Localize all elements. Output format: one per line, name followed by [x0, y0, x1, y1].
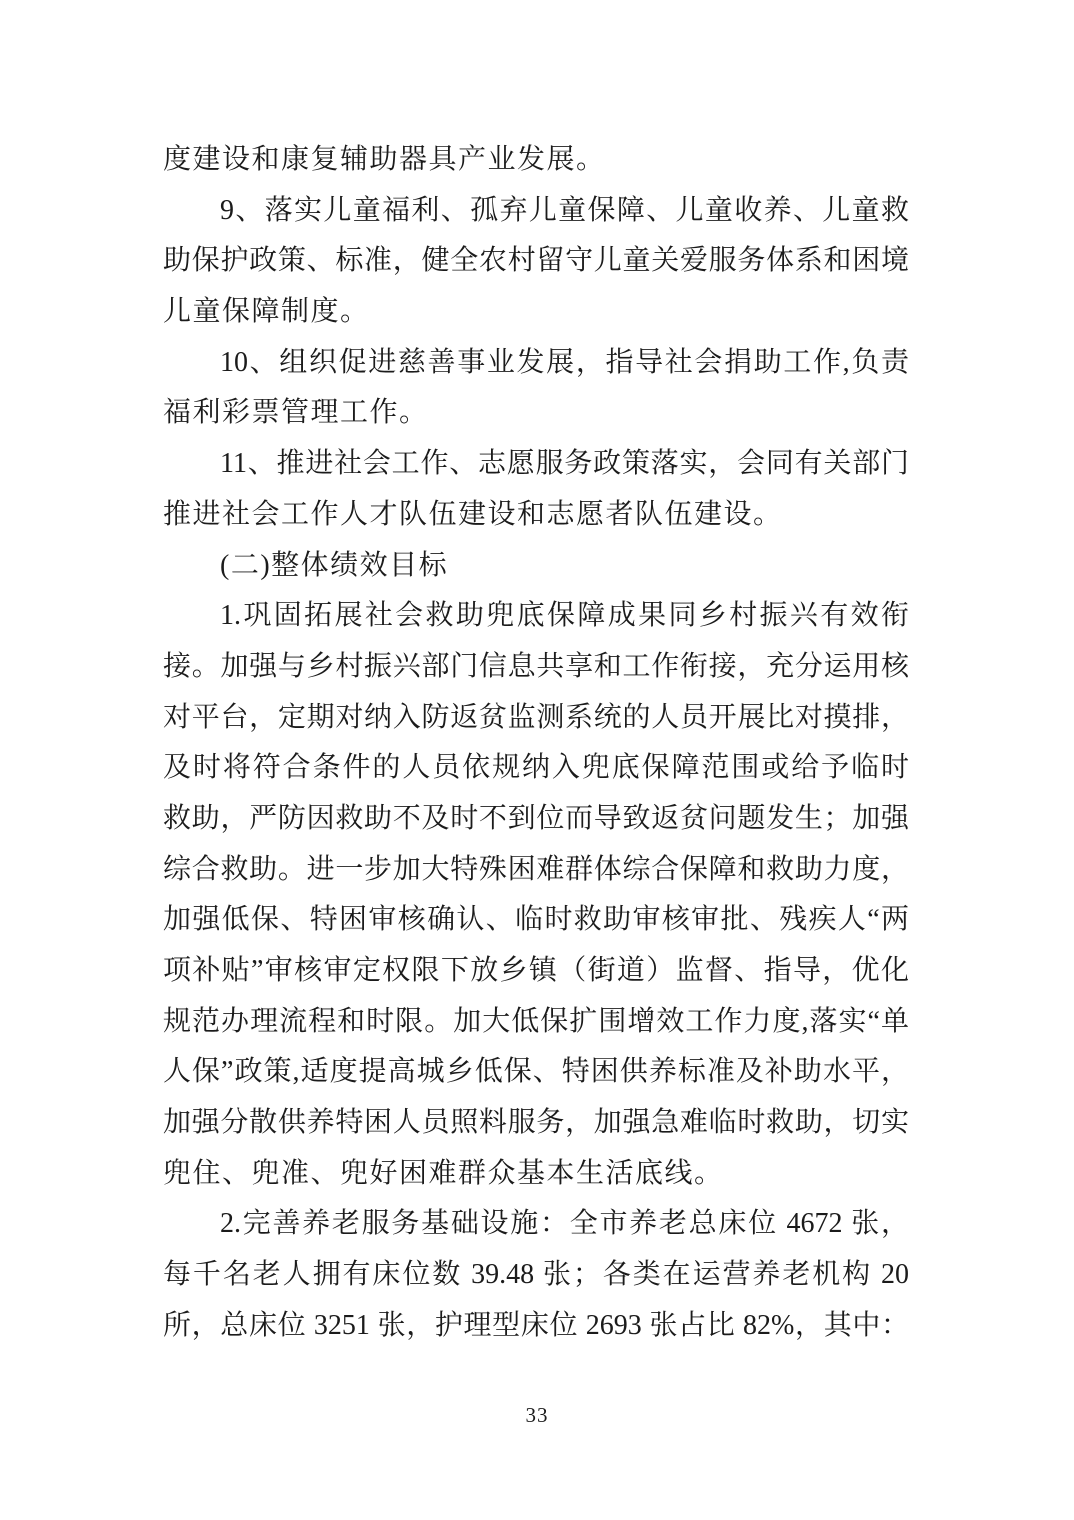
text-line: 加强低保、特困审核确认、临时救助审核审批、残疾人“两 — [163, 895, 909, 946]
text-line: 推进社会工作人才队伍建设和志愿者队伍建设。 — [163, 490, 909, 541]
text-line: 所，总床位 3251 张，护理型床位 2693 张占比 82%，其中： — [163, 1301, 909, 1352]
text-line: 加强分散供养特困人员照料服务，加强急难临时救助，切实 — [163, 1098, 909, 1149]
section-heading: (二)整体绩效目标 — [163, 541, 909, 592]
text-line: 福利彩票管理工作。 — [163, 388, 909, 439]
document-page: 度建设和康复辅助器具产业发展。 9、落实儿童福利、孤弃儿童保障、儿童收养、儿童救… — [0, 0, 1074, 1520]
text-line: 项补贴”审核审定权限下放乡镇（街道）监督、指导，优化 — [163, 946, 909, 997]
text-line: 助保护政策、标准，健全农村留守儿童关爱服务体系和困境 — [163, 236, 909, 287]
text-line: 规范办理流程和时限。加大低保扩围增效工作力度,落实“单 — [163, 997, 909, 1048]
page-number: 33 — [0, 1403, 1074, 1428]
text-line: 综合救助。进一步加大特殊困难群体综合保障和救助力度， — [163, 845, 909, 896]
text-line: 10、组织促进慈善事业发展，指导社会捐助工作,负责 — [163, 338, 909, 389]
text-line: 对平台，定期对纳入防返贫监测系统的人员开展比对摸排， — [163, 693, 909, 744]
document-body: 度建设和康复辅助器具产业发展。 9、落实儿童福利、孤弃儿童保障、儿童收养、儿童救… — [163, 135, 909, 1352]
text-line: 救助，严防因救助不及时不到位而导致返贫问题发生；加强 — [163, 794, 909, 845]
text-line: 接。加强与乡村振兴部门信息共享和工作衔接，充分运用核 — [163, 642, 909, 693]
text-line: 2.完善养老服务基础设施：全市养老总床位 4672 张， — [163, 1199, 909, 1250]
text-line: 人保”政策,适度提高城乡低保、特困供养标准及补助水平， — [163, 1047, 909, 1098]
text-line: 度建设和康复辅助器具产业发展。 — [163, 135, 909, 186]
text-line: 儿童保障制度。 — [163, 287, 909, 338]
text-line: 1.巩固拓展社会救助兜底保障成果同乡村振兴有效衔 — [163, 591, 909, 642]
text-line: 11、推进社会工作、志愿服务政策落实，会同有关部门 — [163, 439, 909, 490]
text-line: 兜住、兜准、兜好困难群众基本生活底线。 — [163, 1149, 909, 1200]
text-line: 及时将符合条件的人员依规纳入兜底保障范围或给予临时 — [163, 743, 909, 794]
text-line: 9、落实儿童福利、孤弃儿童保障、儿童收养、儿童救 — [163, 186, 909, 237]
text-line: 每千名老人拥有床位数 39.48 张；各类在运营养老机构 20 — [163, 1250, 909, 1301]
